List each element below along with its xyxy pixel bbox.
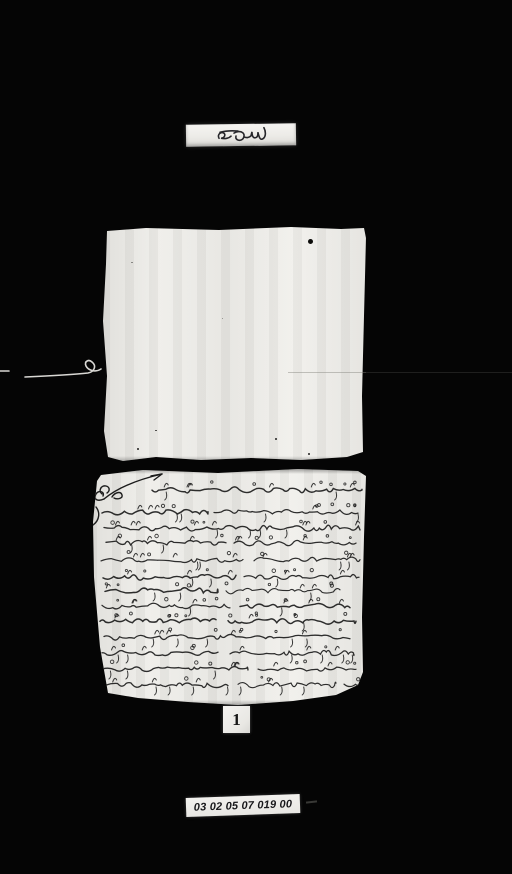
page-number-tag: 1 — [223, 706, 250, 733]
top-label-tab — [186, 123, 296, 147]
handwriting-svg — [88, 467, 368, 707]
paper-speck — [222, 318, 223, 319]
paper-speck — [131, 262, 133, 263]
paper-speck — [155, 430, 157, 431]
page-number: 1 — [232, 710, 241, 730]
handwritten-text-lines — [100, 481, 362, 695]
film-scratch-line — [366, 372, 512, 373]
film-number-strip: 03 02 05 07 019 00 — [186, 794, 301, 817]
flourish-mark — [93, 474, 162, 525]
paper-speck — [137, 448, 139, 450]
binding-thread — [0, 350, 112, 396]
film-scan-frame: 1 03 02 05 07 019 00 — [0, 0, 512, 874]
ink-dot — [308, 239, 313, 244]
top-label-script — [206, 126, 276, 145]
film-scratch-line — [288, 372, 366, 373]
paper-speck — [275, 438, 277, 440]
paper-speck — [308, 453, 310, 455]
film-strip-tick — [306, 800, 317, 803]
upper-manuscript-page — [101, 226, 367, 464]
film-number: 03 02 05 07 019 00 — [194, 798, 293, 813]
lower-manuscript-page — [88, 467, 368, 707]
